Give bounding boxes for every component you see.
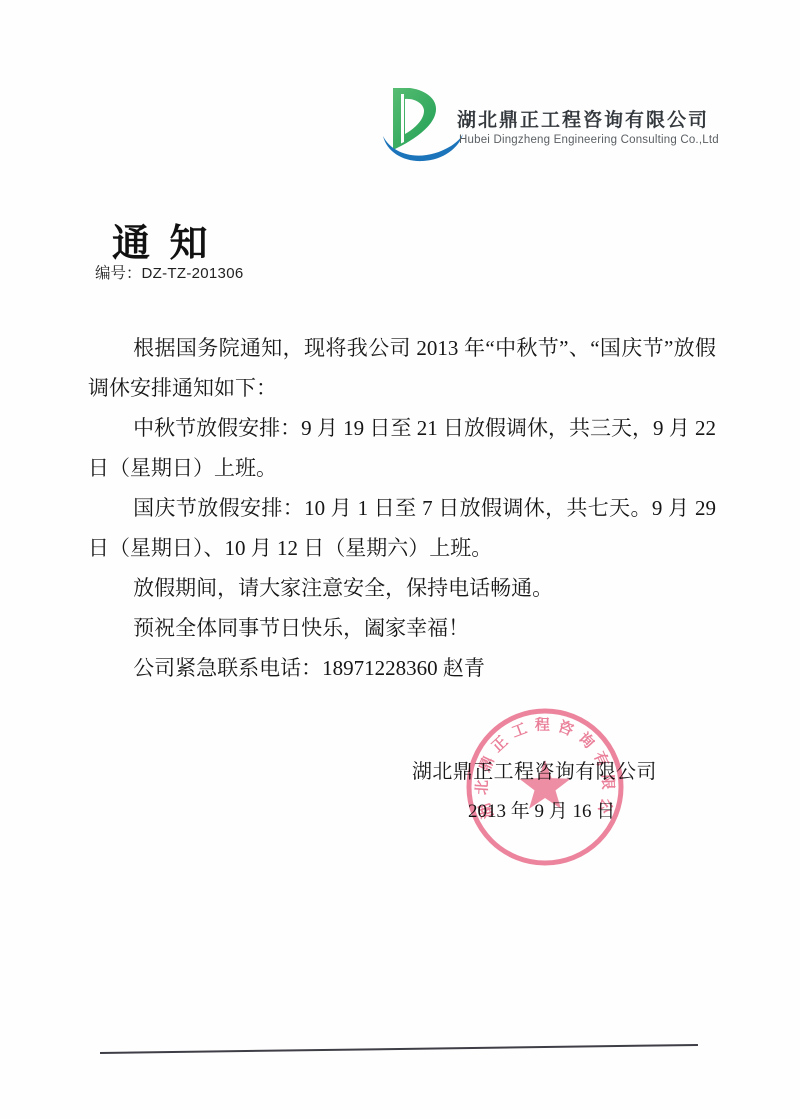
logo-d-stem: [401, 94, 404, 144]
company-seal-stamp: 湖北鼎正工程咨询有限公司: [458, 700, 632, 874]
scanned-notice-document: 湖北鼎正工程咨询有限公司 Hubei Dingzheng Engineering…: [0, 0, 800, 1119]
doc-number-label: 编号：: [95, 265, 142, 282]
scan-edge-line: [100, 1044, 698, 1054]
paragraph-wishes: 预祝全体同事节日快乐，阖家幸福！: [88, 608, 716, 648]
doc-number-line: 编号：DZ-TZ-201306: [95, 261, 243, 283]
notice-body: 根据国务院通知，现将我公司 2013 年“中秋节”、“国庆节”放假调休安排通知如…: [88, 328, 716, 688]
notice-title: 通 知: [112, 212, 208, 267]
paragraph-nationalday: 国庆节放假安排：10 月 1 日至 7 日放假调休，共七天。9 月 29 日（星…: [88, 488, 716, 568]
paragraph-intro: 根据国务院通知，现将我公司 2013 年“中秋节”、“国庆节”放假调休安排通知如…: [88, 328, 716, 408]
letterhead-company-name-cn: 湖北鼎正工程咨询有限公司: [457, 105, 709, 132]
seal-company-name: 湖北鼎正工程咨询有限公司: [458, 700, 617, 822]
seal-star-icon: [519, 760, 570, 809]
paragraph-safety: 放假期间，请大家注意安全，保持电话畅通。: [88, 568, 716, 608]
letterhead-company-name-en: Hubei Dingzheng Engineering Consulting C…: [459, 134, 719, 146]
doc-number-value: DZ-TZ-201306: [142, 265, 244, 282]
paragraph-emergency-contact: 公司紧急联系电话：18971228360 赵青: [88, 648, 716, 688]
seal-curved-text: 湖北鼎正工程咨询有限公司: [458, 700, 617, 822]
paragraph-midautumn: 中秋节放假安排：9 月 19 日至 21 日放假调休，共三天，9 月 22 日（…: [88, 408, 716, 488]
